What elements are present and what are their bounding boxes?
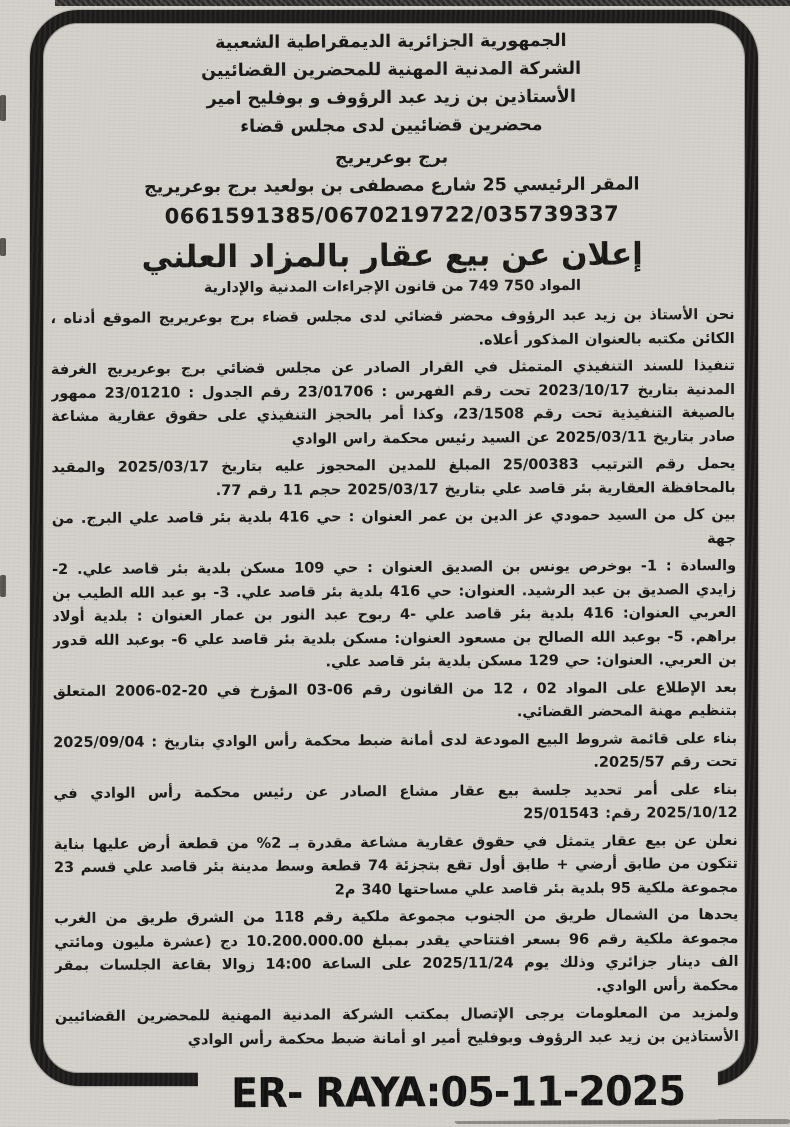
- header-phone-numbers: 0661591385/0670219722/035739337: [50, 198, 734, 232]
- paragraph-intro: نحن الأستاذ بن زيد عبد الرؤوف محضر قضائي…: [51, 304, 735, 355]
- header-line-republic: الجمهورية الجزائرية الديمقراطية الشعبية: [49, 26, 733, 58]
- notice-content: الجمهورية الجزائرية الديمقراطية الشعبية …: [49, 26, 739, 1074]
- header-line-company: الشركة المدنية المهنية للمحضرين القضائيي…: [49, 54, 733, 86]
- scan-artifact-left-mark: [0, 238, 6, 256]
- header-line-city: برج بوعريريج: [50, 142, 734, 174]
- scan-artifact-left-mark: [0, 95, 6, 121]
- header-line-address: المقر الرئيسي 25 شارع مصطفى بن بولعيد بر…: [50, 170, 734, 202]
- paragraph-contact-info: ولمزيد من المعلومات يرجى الإتصال بمكتب ا…: [55, 1002, 739, 1053]
- notice-subtitle: المواد 750 749 من قانون الإجراءات المدني…: [50, 274, 734, 300]
- paragraph-property-desc: نعلن عن بيع عقار يتمثل في حقوق عقارية مش…: [54, 829, 738, 904]
- paragraph-boundaries-price: يحدها من الشمال طريق من الجنوب مجموعة مل…: [54, 904, 739, 1002]
- header-line-bailiffs: الأستاذين بن زيد عبد الرؤوف و بوفليح امي…: [49, 82, 733, 114]
- scan-artifact-left-mark: [0, 575, 6, 597]
- paragraph-registration: يحمل رقم الترتيب 25/00383 المبلغ للمدين …: [51, 453, 735, 504]
- paragraph-law-reference: بعد الإطلاع على المواد 02 ، 12 من القانو…: [53, 676, 737, 727]
- newspaper-scan-page: الجمهورية الجزائرية الديمقراطية الشعبية …: [0, 0, 790, 1127]
- paragraph-executive-title: تنفيذا للسند التنفيذي المتمثل في القرار …: [51, 355, 736, 453]
- paragraph-sale-conditions: بناء على قائمة شروط البيع المودعة لدى أم…: [53, 727, 737, 778]
- header-line-function: محضرين قضائيين لدى مجلس قضاء: [49, 110, 733, 142]
- newspaper-plate-text: ER- RAYA:05-11-2025: [231, 1067, 685, 1117]
- notice-body: نحن الأستاذ بن زيد عبد الرؤوف محضر قضائي…: [51, 304, 740, 1053]
- scan-artifact-top-edge: [55, 0, 790, 6]
- paragraph-session-order: بناء على أمر تحديد جلسة بيع عقار مشاع ال…: [53, 778, 737, 829]
- newspaper-plate-band: ER- RAYA:05-11-2025: [198, 1062, 718, 1123]
- notice-title: إعلان عن بيع عقار بالمزاد العلني: [50, 234, 734, 278]
- paragraph-debtors-list: والسادة : 1- بوخرص يونس بن الصديق العنوا…: [52, 555, 737, 677]
- paragraph-creditor: بين كل من السيد حمودي عز الدين بن عمر ال…: [52, 504, 736, 555]
